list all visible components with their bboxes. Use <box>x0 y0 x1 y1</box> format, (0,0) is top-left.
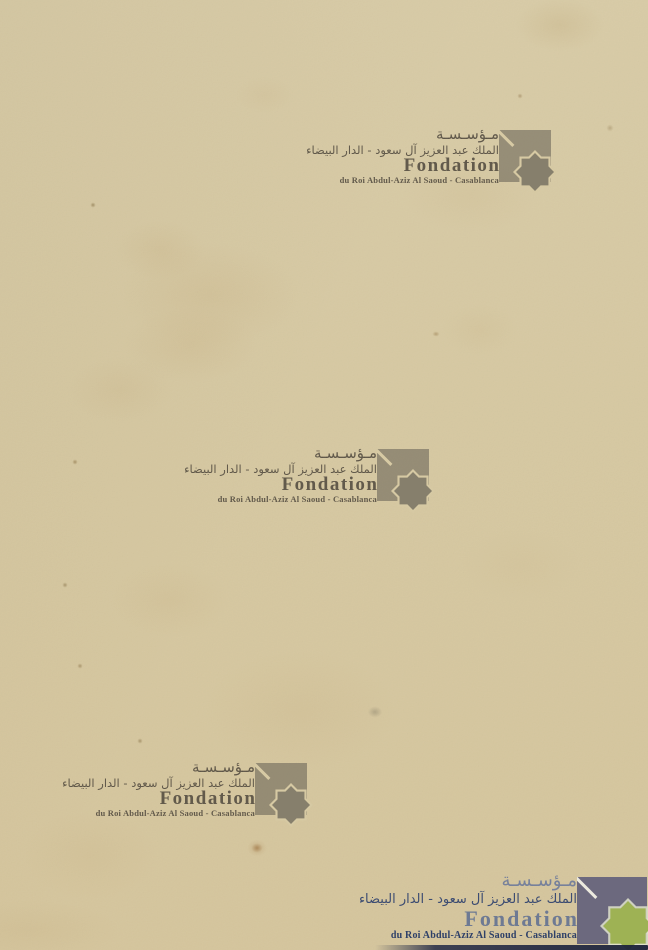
watermark-arabic-title: مـؤسـسـة <box>380 870 577 891</box>
watermark-text-block: مـؤسـسـة الملك عبد العزيز آل سعود - الدا… <box>333 126 499 186</box>
foundation-watermark-stamp: مـؤسـسـة الملك عبد العزيز آل سعود - الدا… <box>333 126 551 186</box>
watermark-latin-subtitle: du Roi Abdul-Aziz Al Saoud - Casablanca <box>333 175 499 186</box>
watermark-latin-title: Fondation <box>211 476 379 494</box>
logo-diagonal-line <box>255 763 270 780</box>
foundation-watermark-stamp: مـؤسـسـة الملك عبد العزيز آل سعود - الدا… <box>211 445 429 505</box>
watermark-text-block: مـؤسـسـة الملك عبد العزيز آل سعود - الدا… <box>211 445 377 505</box>
eight-pointed-star-icon <box>394 472 432 510</box>
watermark-latin-title: Fondation <box>89 790 257 808</box>
foundation-logo <box>255 763 307 815</box>
foundation-watermark-stamp: مـؤسـسـة الملك عبد العزيز آل سعود - الدا… <box>380 870 647 944</box>
foundation-logo <box>577 877 647 944</box>
watermark-latin-subtitle: du Roi Abdul-Aziz Al Saoud - Casablanca <box>380 929 577 942</box>
logo-diagonal-line <box>577 877 598 899</box>
watermark-latin-title: Fondation <box>380 908 579 929</box>
scan-edge-shadow <box>375 945 648 950</box>
watermark-latin-subtitle: du Roi Abdul-Aziz Al Saoud - Casablanca <box>89 808 255 819</box>
watermark-latin-subtitle: du Roi Abdul-Aziz Al Saoud - Casablanca <box>211 494 377 505</box>
watermark-arabic-title: مـؤسـسـة <box>89 759 255 776</box>
logo-diagonal-line <box>499 130 514 147</box>
watermark-text-block: مـؤسـسـة الملك عبد العزيز آل سعود - الدا… <box>89 759 255 819</box>
watermark-arabic-title: مـؤسـسـة <box>211 445 377 462</box>
scanned-page: مـؤسـسـة الملك عبد العزيز آل سعود - الدا… <box>0 0 648 950</box>
watermark-latin-title: Fondation <box>333 157 501 175</box>
foundation-logo <box>377 449 429 501</box>
watermark-arabic-title: مـؤسـسـة <box>333 126 499 143</box>
watermark-text-block: مـؤسـسـة الملك عبد العزيز آل سعود - الدا… <box>380 870 577 942</box>
foundation-logo <box>499 130 551 182</box>
logo-diagonal-line <box>377 449 392 466</box>
eight-pointed-star-icon <box>516 153 554 191</box>
eight-pointed-star-icon <box>272 786 310 824</box>
foundation-watermark-stamp: مـؤسـسـة الملك عبد العزيز آل سعود - الدا… <box>89 759 307 819</box>
